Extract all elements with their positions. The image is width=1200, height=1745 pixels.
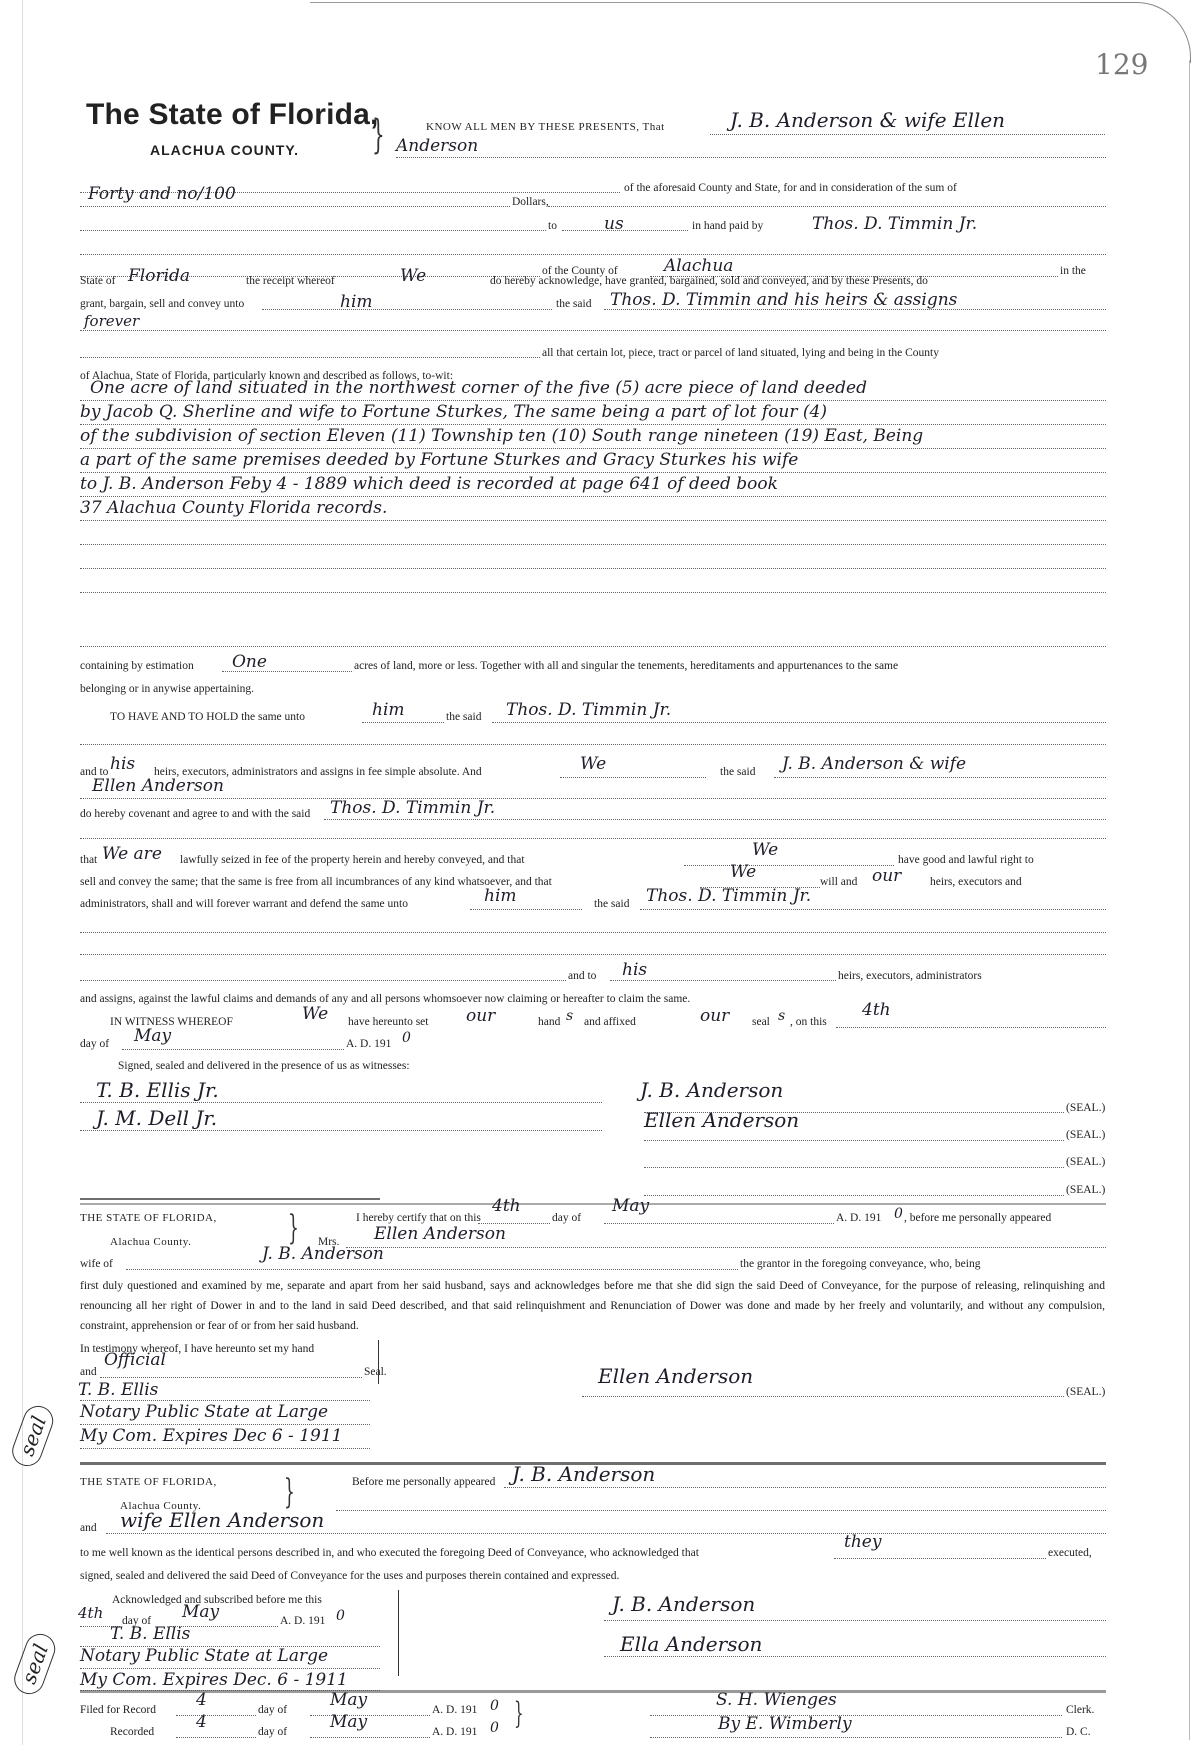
land-description-line: by Jacob Q. Sherline and wife to Fortune… <box>80 402 827 422</box>
ad-label: A. D. 191 <box>280 1615 325 1627</box>
section-divider <box>80 1690 1106 1693</box>
the-said-label: the said <box>556 298 591 310</box>
land-intro-text: all that certain lot, piece, tract or pa… <box>542 347 939 359</box>
county-handwritten: Alachua <box>664 256 733 276</box>
day-of-label: day of <box>80 1038 109 1050</box>
we-handwritten: We <box>752 840 778 860</box>
ad-label: A. D. 191 <box>346 1038 391 1050</box>
notary-signature: T. B. Ellis <box>78 1380 158 1400</box>
our-handwritten: our <box>466 1006 495 1026</box>
brace: } <box>284 1472 295 1512</box>
the-said-label: the said <box>594 898 629 910</box>
and-handwritten: wife Ellen Anderson <box>120 1508 324 1532</box>
admin-text: administrators, shall and will forever w… <box>80 898 408 910</box>
our-handwritten: our <box>872 866 901 886</box>
land-description-line: One acre of land situated in the northwe… <box>90 378 867 398</box>
recorded-month-handwritten: May <box>330 1712 367 1732</box>
filed-label: Filed for Record <box>80 1704 156 1716</box>
dower-state: THE STATE OF FLORIDA, <box>80 1212 217 1224</box>
ack-state: THE STATE OF FLORIDA, <box>80 1476 217 1488</box>
land-description-line: of the subdivision of section Eleven (11… <box>80 426 923 446</box>
wife-signature: Ella Anderson <box>620 1632 762 1656</box>
containing-label: containing by estimation <box>80 660 194 672</box>
notary-signature: T. B. Ellis <box>110 1624 190 1644</box>
paid-by-label: in hand paid by <box>692 220 763 232</box>
grantor-signature: J. B. Anderson <box>640 1078 783 1102</box>
document-title: The State of Florida, <box>86 98 379 132</box>
seal-label: seal <box>752 1016 770 1028</box>
day-of-label: day of <box>258 1704 287 1716</box>
we-handwritten: We <box>302 1004 328 1024</box>
brace: } <box>288 1208 299 1248</box>
assigns-text: and assigns, against the lawful claims a… <box>80 993 690 1005</box>
will-and-label: will and <box>820 876 857 888</box>
heirs-exec-text: heirs, executors and <box>930 876 1022 888</box>
official-handwritten: Official <box>104 1350 166 1370</box>
acknowledge-text: do hereby acknowledge, have granted, bar… <box>490 275 928 287</box>
on-this-label: , on this <box>790 1016 827 1028</box>
and-to-label: and to <box>568 970 596 982</box>
covenant-grantee-handwritten: Thos. D. Timmin Jr. <box>330 798 495 818</box>
deputy-clerk-signature: By E. Wimberly <box>718 1714 852 1734</box>
clerk-label: Clerk. <box>1066 1704 1094 1716</box>
deputy-clerk-label: D. C. <box>1066 1726 1091 1738</box>
acres-handwritten: One <box>232 652 267 672</box>
executed-label: executed, <box>1048 1547 1092 1559</box>
state-handwritten: Florida <box>128 266 190 286</box>
land-description-line: a part of the same premises deeded by Fo… <box>80 450 798 470</box>
forever-handwritten: forever <box>84 312 139 330</box>
hands-suffix-handwritten: s <box>566 1008 573 1024</box>
witness-whereof-label: IN WITNESS WHEREOF <box>110 1016 233 1028</box>
husband-name-handwritten: J. B. Anderson <box>262 1244 384 1264</box>
ad-label: A. D. 191 <box>432 1704 477 1716</box>
receipt-label: the receipt whereof <box>246 275 335 287</box>
wife-of-label: wife of <box>80 1258 113 1270</box>
sell-text: sell and convey the same; that the same … <box>80 876 552 888</box>
certify-label: I hereby certify that on this <box>356 1212 481 1224</box>
filed-year-handwritten: 0 <box>490 1698 499 1714</box>
month-handwritten: May <box>182 1602 219 1622</box>
day-handwritten: 4th <box>862 1000 891 1020</box>
appeared-handwritten: J. B. Anderson <box>512 1462 655 1486</box>
we-are-handwritten: We are <box>102 844 162 864</box>
day-handwritten: 4th <box>492 1196 521 1216</box>
habendum-pronoun-handwritten: him <box>372 700 405 720</box>
hereunto-label: have hereunto set <box>348 1016 428 1028</box>
affixed-label: and affixed <box>584 1016 636 1028</box>
notary-commission: My Com. Expires Dec 6 - 1911 <box>80 1426 342 1446</box>
day-of-label: day of <box>552 1212 581 1224</box>
recorded-year-handwritten: 0 <box>490 1720 499 1736</box>
year-handwritten: 0 <box>402 1030 411 1046</box>
signed-text: Signed, sealed and delivered in the pres… <box>118 1060 410 1072</box>
known-text: to me well known as the identical person… <box>80 1547 699 1559</box>
seal-suffix-handwritten: s <box>778 1008 785 1024</box>
habendum-grantors-handwritten: J. B. Anderson & wife <box>782 754 966 774</box>
right-text: have good and lawful right to <box>898 854 1034 866</box>
notary-title: Notary Public State at Large <box>80 1646 328 1666</box>
year-handwritten: 0 <box>894 1206 903 1222</box>
day-handwritten: 4th <box>78 1604 103 1622</box>
we-handwritten: We <box>580 754 606 774</box>
habendum-grantors-handwritten-cont: Ellen Anderson <box>92 776 224 796</box>
habendum-grantee-handwritten: Thos. D. Timmin Jr. <box>506 700 671 720</box>
grantor-signature: J. B. Anderson <box>612 1592 755 1616</box>
grantor-signature: Ellen Anderson <box>644 1108 799 1132</box>
dower-county: Alachua County. <box>110 1236 191 1248</box>
grantee-handwritten: Thos. D. Timmin and his heirs & assigns <box>610 290 957 310</box>
appeared-label: , before me personally appeared <box>904 1212 1051 1224</box>
dower-body: first duly questioned and examined by me… <box>80 1276 1105 1336</box>
recorded-label: Recorded <box>110 1726 154 1738</box>
grantors-handwritten-cont: Anderson <box>396 136 478 156</box>
witness-signature: J. M. Dell Jr. <box>96 1106 217 1130</box>
preamble: KNOW ALL MEN BY THESE PRESENTS, That <box>426 121 665 133</box>
county-heading: ALACHUA COUNTY. <box>150 142 299 158</box>
state-of-label: State of <box>80 275 115 287</box>
and-label: and <box>80 1522 97 1534</box>
brace: } <box>514 1696 524 1731</box>
wife-name-handwritten: Ellen Anderson <box>374 1224 506 1244</box>
amount-handwritten: Forty and no/100 <box>88 184 236 204</box>
habendum-label: TO HAVE AND TO HOLD the same unto <box>110 711 305 723</box>
notary-seal: seal <box>8 1401 58 1470</box>
filed-day-handwritten: 4 <box>196 1690 207 1710</box>
filed-month-handwritten: May <box>330 1690 367 1710</box>
to-label: to <box>548 220 557 232</box>
grant-label: grant, bargain, sell and convey unto <box>80 298 244 310</box>
land-description-line: to J. B. Anderson Feby 4 - 1889 which de… <box>80 474 778 494</box>
in-the-label: in the <box>1060 265 1086 277</box>
him-handwritten: him <box>484 886 517 906</box>
page-number: 129 <box>1095 48 1148 81</box>
the-said-label: the said <box>446 711 481 723</box>
day-of-label: day of <box>258 1726 287 1738</box>
ad-label: A. D. 191 <box>836 1212 881 1224</box>
seized-text: lawfully seized in fee of the property h… <box>180 854 525 866</box>
consideration-text: of the aforesaid County and State, for a… <box>624 182 957 194</box>
heirs-admin-text: heirs, executors, administrators <box>838 970 982 982</box>
notary-seal: seal <box>10 1629 60 1698</box>
grantor-text: the grantor in the foregoing conveyance,… <box>740 1258 980 1270</box>
his-handwritten: his <box>110 754 135 774</box>
section-divider <box>80 1203 1106 1205</box>
page-edge-left <box>22 0 23 1745</box>
section-divider <box>80 1198 380 1200</box>
covenant-label: do hereby covenant and agree to and with… <box>80 808 310 820</box>
month-handwritten: May <box>134 1026 171 1046</box>
seal-tag: (SEAL.) <box>1066 1156 1105 1168</box>
belonging-text: belonging or in anywise appertaining. <box>80 683 254 695</box>
seal-tag: (SEAL.) <box>1066 1102 1105 1114</box>
to-handwritten: us <box>604 214 624 234</box>
and-label: and <box>80 1366 97 1378</box>
that-label: that <box>80 854 97 866</box>
recorded-day-handwritten: 4 <box>196 1712 207 1732</box>
seal-label: Seal. <box>364 1366 387 1378</box>
appeared-label: Before me personally appeared <box>352 1476 495 1488</box>
dollars-label: Dollars, <box>512 196 549 208</box>
his-handwritten: his <box>622 960 647 980</box>
seal-tag: (SEAL.) <box>1066 1129 1105 1141</box>
acres-text: acres of land, more or less. Together wi… <box>354 660 898 672</box>
ack-signed-text: signed, sealed and delivered the said De… <box>80 1570 619 1582</box>
payer-handwritten: Thos. D. Timmin Jr. <box>812 214 977 234</box>
brace: } <box>372 112 385 158</box>
notary-commission: My Com. Expires Dec. 6 - 1911 <box>80 1670 348 1690</box>
receipt-handwritten: We <box>400 266 426 286</box>
year-handwritten: 0 <box>336 1608 345 1624</box>
our-handwritten: our <box>700 1006 729 1026</box>
clerk-signature: S. H. Wienges <box>716 1690 837 1710</box>
land-description-line: 37 Alachua County Florida records. <box>80 498 387 518</box>
we-handwritten: We <box>730 862 756 882</box>
seal-tag: (SEAL.) <box>1066 1184 1105 1196</box>
the-said-label: the said <box>720 766 755 778</box>
ad-label: A. D. 191 <box>432 1726 477 1738</box>
hands-label: hand <box>538 1016 560 1028</box>
they-handwritten: they <box>844 1532 881 1552</box>
seal-tag: (SEAL.) <box>1066 1386 1105 1398</box>
grantors-handwritten: J. B. Anderson & wife Ellen <box>730 108 1005 132</box>
wife-signature: Ellen Anderson <box>598 1364 753 1388</box>
notary-title: Notary Public State at Large <box>80 1402 328 1422</box>
page-edge-top <box>310 2 1110 3</box>
deed-page: 129 The State of Florida, ALACHUA COUNTY… <box>0 0 1200 1745</box>
covenant-grantee-handwritten: Thos. D. Timmin Jr. <box>646 886 811 906</box>
grantee-pronoun-handwritten: him <box>340 292 373 312</box>
month-handwritten: May <box>612 1196 649 1216</box>
page-edge-right <box>1189 60 1190 1740</box>
witness-signature: T. B. Ellis Jr. <box>96 1078 219 1102</box>
